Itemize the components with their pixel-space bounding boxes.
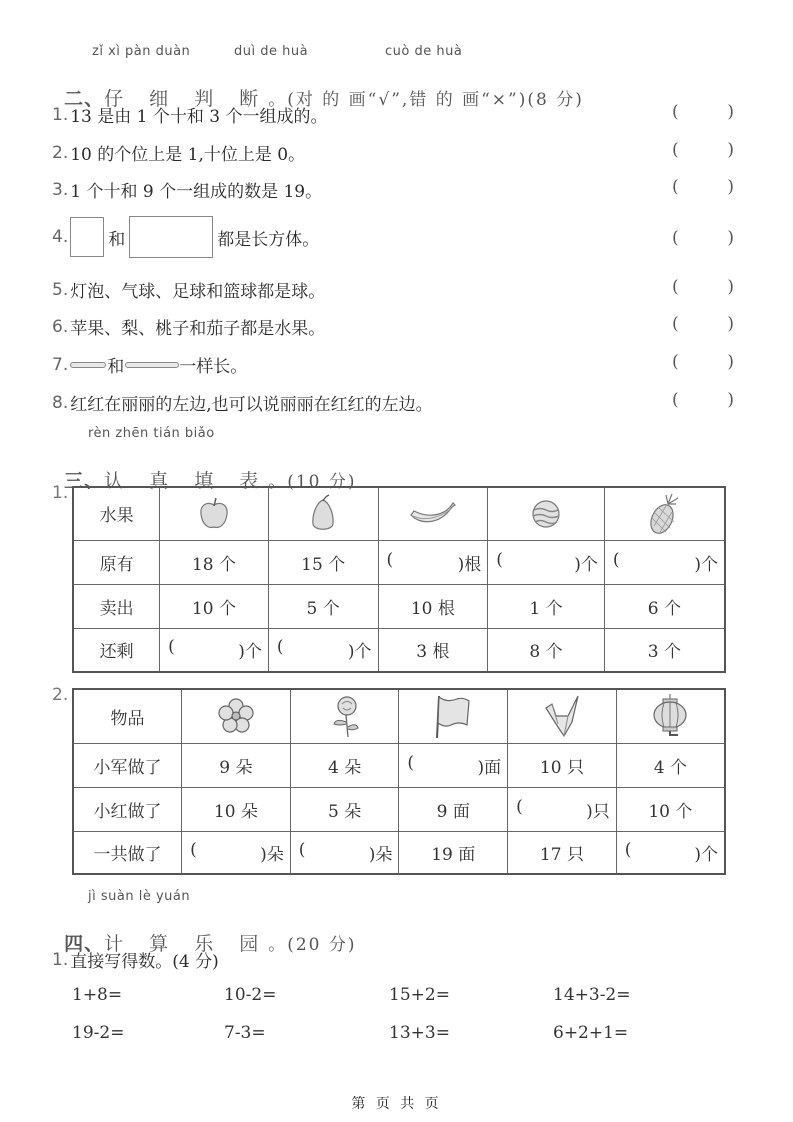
table-cell: 17 只 bbox=[508, 831, 617, 874]
section2-pinyin-3: cuò de huà bbox=[385, 44, 462, 59]
row-label: 小军做了 bbox=[73, 743, 182, 787]
table-cell: 19 面 bbox=[399, 831, 508, 874]
question-text: 和 bbox=[107, 352, 124, 377]
pear-icon bbox=[268, 487, 378, 540]
fill-blank-cell[interactable]: ()面 bbox=[399, 743, 508, 787]
question-number: 4. bbox=[52, 227, 68, 247]
section-instructions: 。(20 分) bbox=[268, 935, 356, 955]
question-number: 5. bbox=[52, 280, 68, 300]
page-footer: 第 页 共 页 bbox=[0, 1093, 793, 1113]
table-row: 小红做了 10 朵 5 朵 9 面 ()只 10 个 bbox=[73, 787, 725, 831]
lantern-icon bbox=[616, 689, 725, 743]
table-cell: 3 个 bbox=[604, 628, 725, 672]
judge-question-5: 5.灯泡、气球、足球和篮球都是球。 bbox=[52, 277, 325, 302]
calc-problem[interactable]: 10-2= bbox=[224, 985, 276, 1005]
calc-problem[interactable]: 13+3= bbox=[389, 1023, 450, 1043]
table-header-row: 水果 bbox=[73, 487, 725, 540]
fill-blank-cell[interactable]: ()个 bbox=[160, 628, 269, 672]
calc-problem[interactable]: 14+3-2= bbox=[553, 985, 631, 1005]
table-row: 一共做了 ()朵 ()朵 19 面 17 只 ()个 bbox=[73, 831, 725, 874]
calc-problem[interactable]: 19-2= bbox=[72, 1023, 124, 1043]
answer-blank-5[interactable]: () bbox=[672, 277, 734, 297]
section4-pinyin: jì suàn lè yuán bbox=[88, 889, 190, 904]
row-label: 卖出 bbox=[73, 584, 160, 628]
judge-question-8: 8.红红在丽丽的左边,也可以说丽丽在红红的左边。 bbox=[52, 390, 433, 415]
table-cell: 8 个 bbox=[488, 628, 605, 672]
question-text: 和 bbox=[108, 225, 125, 250]
question-number: 3. bbox=[52, 180, 68, 200]
answer-blank-7[interactable]: () bbox=[672, 352, 734, 372]
header-label: 水果 bbox=[73, 487, 160, 540]
row-label: 还剩 bbox=[73, 628, 160, 672]
table-cell: 18 个 bbox=[160, 540, 269, 584]
answer-blank-8[interactable]: () bbox=[672, 390, 734, 410]
row-label: 一共做了 bbox=[73, 831, 182, 874]
table-cell: 10 只 bbox=[508, 743, 617, 787]
table-cell: 5 朵 bbox=[290, 787, 399, 831]
rose-icon bbox=[290, 689, 399, 743]
table2-number: 2. bbox=[52, 685, 68, 705]
table-cell: 10 朵 bbox=[182, 787, 291, 831]
answer-blank-2[interactable]: () bbox=[672, 140, 734, 160]
question-text: 红红在丽丽的左边,也可以说丽丽在红红的左边。 bbox=[70, 390, 432, 415]
fill-blank-cell[interactable]: ()朵 bbox=[182, 831, 291, 874]
table-cell: 10 根 bbox=[378, 584, 488, 628]
fruit-table: 水果 原有 18 个 15 个 ()根 ()个 ()个 卖出 10 个 5 个 … bbox=[72, 486, 726, 673]
flower-icon bbox=[182, 689, 291, 743]
question-text: 一样长。 bbox=[179, 352, 247, 377]
calc-subquestion-1: 1.直接写得数。(4 分) bbox=[52, 947, 219, 972]
answer-blank-6[interactable]: () bbox=[672, 314, 734, 334]
table-row: 原有 18 个 15 个 ()根 ()个 ()个 bbox=[73, 540, 725, 584]
question-text: 苹果、梨、桃子和茄子都是水果。 bbox=[70, 314, 325, 339]
question-text: 直接写得数。(4 分) bbox=[70, 947, 218, 972]
large-rectangle-shape bbox=[129, 216, 213, 258]
table-cell: 4 个 bbox=[616, 743, 725, 787]
fill-blank-cell[interactable]: ()个 bbox=[616, 831, 725, 874]
judge-question-4: 4. 和 都是长方体。 bbox=[52, 216, 319, 258]
question-number: 1. bbox=[52, 105, 68, 125]
question-text: 10 的个位上是 1,十位上是 0。 bbox=[70, 140, 305, 165]
table-cell: 15 个 bbox=[268, 540, 378, 584]
section2-pinyin-2: duì de huà bbox=[234, 44, 308, 59]
crafts-table: 物品 小军做了 9 朵 4 朵 ()面 10 只 4 个 小红做了 10 朵 5… bbox=[72, 688, 726, 875]
table-row: 还剩 ()个 ()个 3 根 8 个 3 个 bbox=[73, 628, 725, 672]
table-cell: 9 朵 bbox=[182, 743, 291, 787]
table-header-row: 物品 bbox=[73, 689, 725, 743]
apple-icon bbox=[160, 487, 269, 540]
long-strip-shape bbox=[125, 362, 179, 368]
question-number: 1. bbox=[52, 950, 68, 970]
question-number: 8. bbox=[52, 393, 68, 413]
calc-problem[interactable]: 15+2= bbox=[389, 985, 450, 1005]
paper-crane-icon bbox=[508, 689, 617, 743]
calc-problem[interactable]: 7-3= bbox=[224, 1023, 266, 1043]
judge-question-6: 6.苹果、梨、桃子和茄子都是水果。 bbox=[52, 314, 325, 339]
answer-blank-4[interactable]: () bbox=[672, 228, 734, 248]
fill-blank-cell[interactable]: ()根 bbox=[378, 540, 488, 584]
table-cell: 9 面 bbox=[399, 787, 508, 831]
short-strip-shape bbox=[70, 362, 106, 368]
table-row: 卖出 10 个 5 个 10 根 1 个 6 个 bbox=[73, 584, 725, 628]
question-number: 6. bbox=[52, 317, 68, 337]
row-label: 小红做了 bbox=[73, 787, 182, 831]
question-text: 都是长方体。 bbox=[217, 225, 319, 250]
table-cell: 1 个 bbox=[488, 584, 605, 628]
table-row: 小军做了 9 朵 4 朵 ()面 10 只 4 个 bbox=[73, 743, 725, 787]
fill-blank-cell[interactable]: ()个 bbox=[268, 628, 378, 672]
judge-question-1: 1.13 是由 1 个十和 3 个一组成的。 bbox=[52, 102, 328, 127]
calc-problem[interactable]: 6+2+1= bbox=[553, 1023, 628, 1043]
answer-blank-3[interactable]: () bbox=[672, 177, 734, 197]
question-text: 1 个十和 9 个一组成的数是 19。 bbox=[70, 177, 322, 202]
table1-number: 1. bbox=[52, 483, 68, 503]
table-cell: 4 朵 bbox=[290, 743, 399, 787]
header-label: 物品 bbox=[73, 689, 182, 743]
question-text: 13 是由 1 个十和 3 个一组成的。 bbox=[70, 102, 327, 127]
section2-pinyin-1: zǐ xì pàn duàn bbox=[92, 44, 190, 59]
fill-blank-cell[interactable]: ()只 bbox=[508, 787, 617, 831]
question-number: 2. bbox=[52, 143, 68, 163]
judge-question-3: 3.1 个十和 9 个一组成的数是 19。 bbox=[52, 177, 322, 202]
table-cell: 3 根 bbox=[378, 628, 488, 672]
fill-blank-cell[interactable]: ()个 bbox=[604, 540, 725, 584]
watermelon-icon bbox=[488, 487, 605, 540]
table-cell: 10 个 bbox=[160, 584, 269, 628]
section3-pinyin: rèn zhēn tián biǎo bbox=[88, 426, 215, 441]
table-cell: 6 个 bbox=[604, 584, 725, 628]
fill-blank-cell[interactable]: ()个 bbox=[488, 540, 605, 584]
question-text: 灯泡、气球、足球和篮球都是球。 bbox=[70, 277, 325, 302]
judge-question-7: 7. 和 一样长。 bbox=[52, 352, 247, 377]
answer-blank-1[interactable]: () bbox=[672, 102, 734, 122]
table-cell: 5 个 bbox=[268, 584, 378, 628]
small-rectangle-shape bbox=[70, 217, 104, 257]
table-cell: 10 个 bbox=[616, 787, 725, 831]
banana-icon bbox=[378, 487, 488, 540]
question-number: 7. bbox=[52, 355, 68, 375]
calc-problem[interactable]: 1+8= bbox=[72, 985, 122, 1005]
pineapple-icon bbox=[604, 487, 725, 540]
row-label: 原有 bbox=[73, 540, 160, 584]
flag-icon bbox=[399, 689, 508, 743]
fill-blank-cell[interactable]: ()朵 bbox=[290, 831, 399, 874]
judge-question-2: 2.10 的个位上是 1,十位上是 0。 bbox=[52, 140, 305, 165]
